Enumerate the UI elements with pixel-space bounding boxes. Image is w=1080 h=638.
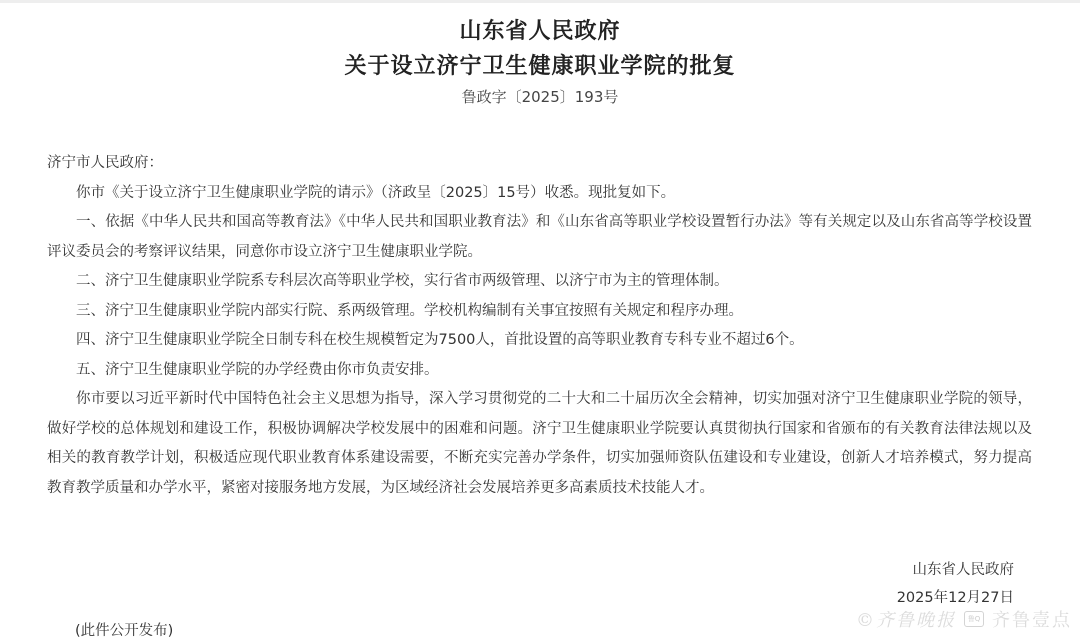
watermark-qilu-yidian: 齐鲁壹点 (992, 606, 1072, 632)
document-number: 鲁政字〔2025〕193号 (0, 86, 1080, 107)
public-release-note: (此件公开发布) (75, 619, 173, 638)
watermark-badge-icon: 鲁Q (964, 611, 984, 627)
top-divider (0, 0, 1080, 3)
document-body: 济宁市人民政府： 你市《关于设立济宁卫生健康职业学院的请示》（济政呈〔2025〕… (47, 149, 1032, 503)
document-title: 关于设立济宁卫生健康职业学院的批复 (0, 49, 1080, 80)
paragraph-item-3: 三、济宁卫生健康职业学院内部实行院、系两级管理。学校机构编制有关事宜按照有关规定… (47, 297, 1032, 327)
signature-block: 山东省人民政府 2025年12月27日 (897, 556, 1014, 612)
paragraph-intro: 你市《关于设立济宁卫生健康职业学院的请示》（济政呈〔2025〕15号）收悉。现批… (47, 179, 1032, 209)
signature-organization: 山东省人民政府 (897, 556, 1014, 584)
salutation: 济宁市人民政府： (47, 149, 1032, 179)
paragraph-item-4: 四、济宁卫生健康职业学院全日制专科在校生规模暂定为7500人，首批设置的高等职业… (47, 326, 1032, 356)
paragraph-item-5: 五、济宁卫生健康职业学院的办学经费由你市负责安排。 (47, 356, 1032, 386)
paragraph-item-1: 一、依据《中华人民共和国高等教育法》《中华人民共和国职业教育法》和《山东省高等职… (47, 208, 1032, 267)
paragraph-requirements: 你市要以习近平新时代中国特色社会主义思想为指导，深入学习贯彻党的二十大和二十届历… (47, 385, 1032, 503)
watermark: ©齐鲁晚报 鲁Q 齐鲁壹点 (856, 606, 1072, 632)
issuer-heading: 山东省人民政府 (0, 14, 1080, 45)
paragraph-item-2: 二、济宁卫生健康职业学院系专科层次高等职业学校，实行省市两级管理、以济宁市为主的… (47, 267, 1032, 297)
watermark-qilu-evening-news: ©齐鲁晚报 (856, 606, 956, 632)
